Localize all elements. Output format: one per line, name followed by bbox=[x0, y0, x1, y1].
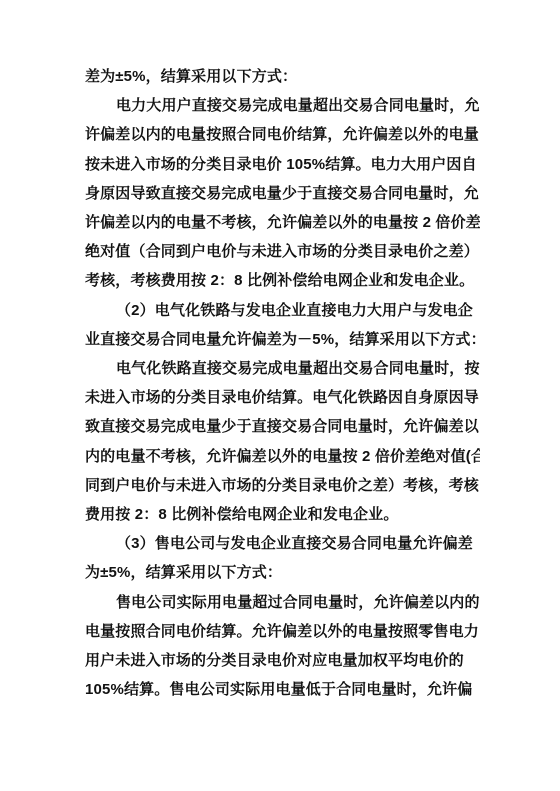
text-line: 考核，考核费用按 2：8 比例补偿给电网企业和发电企业。 bbox=[85, 266, 480, 295]
text-line: 业直接交易合同电量允许偏差为－5%，结算采用以下方式： bbox=[85, 325, 480, 354]
text-line: 售电公司实际用电量超过合同电量时，允许偏差以内的 bbox=[85, 588, 480, 617]
text-line: 身原因导致直接交易完成电量少于直接交易合同电量时，允 bbox=[85, 179, 480, 208]
text-line: （2）电气化铁路与发电企业直接电力大用户与发电企 bbox=[85, 296, 480, 325]
text-line: 为±5%，结算采用以下方式： bbox=[85, 558, 480, 587]
text-line: 许偏差以内的电量按照合同电价结算，允许偏差以外的电量 bbox=[85, 120, 480, 149]
text-line: 电气化铁路直接交易完成电量超出交易合同电量时，按 bbox=[85, 354, 480, 383]
text-line: 105%结算。售电公司实际用电量低于合同电量时，允许偏 bbox=[85, 675, 480, 704]
document-text-block: 差为±5%，结算采用以下方式： 电力大用户直接交易完成电量超出交易合同电量时，允… bbox=[85, 62, 480, 704]
text-line: （3）售电公司与发电企业直接交易合同电量允许偏差 bbox=[85, 529, 480, 558]
text-line: 用户未进入市场的分类目录电价对应电量加权平均电价的 bbox=[85, 646, 480, 675]
text-line: 费用按 2：8 比例补偿给电网企业和发电企业。 bbox=[85, 500, 480, 529]
text-line: 电量按照合同电价结算。允许偏差以外的电量按照零售电力 bbox=[85, 617, 480, 646]
text-line: 内的电量不考核，允许偏差以外的电量按 2 倍价差绝对值(合 bbox=[85, 442, 480, 471]
document-page: 差为±5%，结算采用以下方式： 电力大用户直接交易完成电量超出交易合同电量时，允… bbox=[0, 0, 560, 791]
text-line: 绝对值（合同到户电价与未进入市场的分类目录电价之差） bbox=[85, 237, 480, 266]
text-line: 差为±5%，结算采用以下方式： bbox=[85, 62, 480, 91]
text-line: 许偏差以内的电量不考核，允许偏差以外的电量按 2 倍价差 bbox=[85, 208, 480, 237]
text-line: 未进入市场的分类目录电价结算。电气化铁路因自身原因导 bbox=[85, 383, 480, 412]
text-line: 致直接交易完成电量少于直接交易合同电量时，允许偏差以 bbox=[85, 412, 480, 441]
text-line: 同到户电价与未进入市场的分类目录电价之差）考核，考核 bbox=[85, 471, 480, 500]
text-line: 按未进入市场的分类目录电价 105%结算。电力大用户因自 bbox=[85, 150, 480, 179]
text-line: 电力大用户直接交易完成电量超出交易合同电量时，允 bbox=[85, 91, 480, 120]
